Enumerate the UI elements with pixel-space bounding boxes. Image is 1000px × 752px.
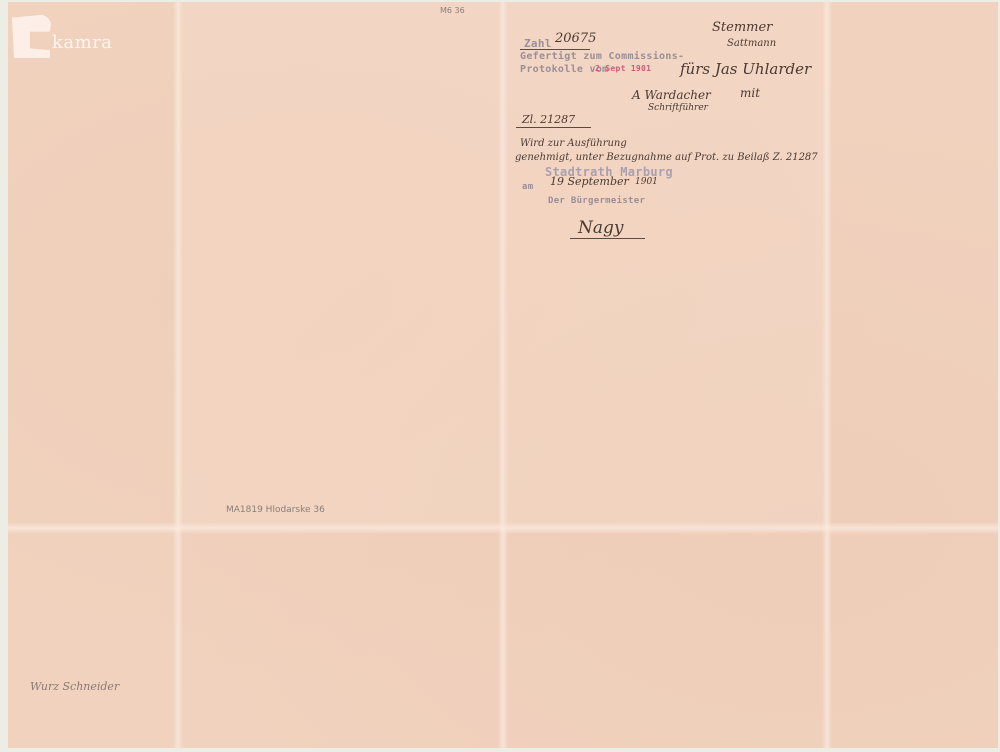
stamp-line1: Gefertigt zum Commissions- xyxy=(520,51,684,62)
fold-line-vertical xyxy=(822,2,832,748)
panel-shade xyxy=(178,2,503,527)
kamra-logo-icon xyxy=(12,14,52,58)
date-stamp: 2 Sept 1901 xyxy=(595,64,651,73)
date-handwritten: 19 September xyxy=(550,175,629,188)
mayor-signature-underline xyxy=(570,238,645,239)
zahl-value: 20675 xyxy=(555,31,596,46)
office-stamp: Der Bürgermeister xyxy=(548,196,645,206)
signature-title: Schriftführer xyxy=(648,103,708,113)
decision-line1: Wird zur Ausführung xyxy=(520,138,627,149)
signature-name: A Wardacher xyxy=(632,88,711,102)
archive-pencil-note: MA1819 Hlodarske 36 xyxy=(226,505,325,515)
fold-line-horizontal xyxy=(8,522,998,534)
decision-line2: genehmigt, unter Bezugnahme auf Prot. zu… xyxy=(515,152,818,163)
signature-line: mit xyxy=(740,86,760,100)
panel-shade xyxy=(505,2,827,527)
bottom-left-faint-note: Wurz Schneider xyxy=(30,680,119,693)
fold-line-vertical xyxy=(173,2,183,748)
reference-underline xyxy=(516,127,591,128)
signature-line: fürs Jas Uhlarder xyxy=(680,60,811,78)
fold-line-vertical xyxy=(498,2,508,748)
am-label: am xyxy=(522,182,533,192)
signature-line: Sattmann xyxy=(727,38,776,49)
zahl-underline xyxy=(520,49,590,50)
signature-line: Stemmer xyxy=(712,20,772,35)
year: 1901 xyxy=(635,177,658,187)
kamra-logo-text: kamra xyxy=(52,32,113,53)
kamra-watermark-logo: kamra xyxy=(12,12,122,62)
mayor-signature: Nagy xyxy=(578,218,624,238)
top-pencil-mark: M6 36 xyxy=(440,6,465,15)
document-sheet xyxy=(8,2,998,748)
reference-number: Zl. 21287 xyxy=(522,113,575,126)
